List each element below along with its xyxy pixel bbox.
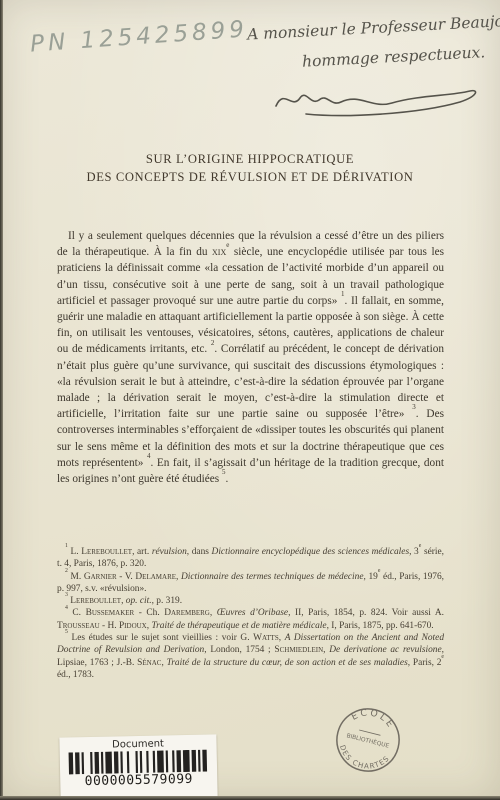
pencil-shelfmark: PN 125425899: [29, 16, 248, 57]
text-run: 1: [341, 290, 345, 298]
text-run: révulsion: [152, 547, 187, 557]
text-run: , II, Paris, 1854, p. 824. Voir aussi A.: [288, 608, 444, 618]
text-run: 2: [211, 339, 215, 347]
body-paragraph: Il y a seulement quelques décennies que …: [57, 228, 444, 487]
text-run: Traité de la structure du cœur, de son a…: [167, 658, 408, 668]
text-run: , I, Paris, 1875, pp. 641-670.: [327, 621, 434, 631]
dedication-line-1: A monsieur le Professeur Beaujouan,: [247, 10, 500, 43]
text-run: C.: [68, 608, 86, 618]
text-run: 2: [65, 568, 68, 574]
barcode-label: Document 0000005579099: [59, 734, 217, 799]
text-run: e: [441, 654, 444, 660]
stamp-center-text: BIBLIOTHÈQUE: [346, 731, 391, 749]
text-run: Dictionnaire encyclopédique des sciences…: [212, 547, 410, 557]
text-run: - H.: [100, 621, 119, 631]
text-run: Les études sur le sujet sont vieillies :…: [68, 633, 253, 643]
text-run: - V.: [117, 572, 136, 582]
text-run: Schmiedlein: [274, 645, 323, 655]
text-run: L.: [68, 547, 81, 557]
text-run: Garnier: [84, 572, 117, 582]
text-run: - Ch.: [134, 608, 164, 618]
article-title-line-2: DES CONCEPTS DE RÉVULSION ET DE DÉRIVATI…: [0, 168, 500, 186]
text-run: Sénac: [137, 658, 161, 668]
footnote-1: 1 L. Lereboullet, art. révulsion, dans D…: [57, 546, 444, 571]
text-run: 5: [222, 468, 226, 476]
footnote-3: 3 Lereboullet, op. cit., p. 319.: [57, 595, 444, 607]
text-run: Delamare: [135, 572, 176, 582]
page-edge-left: [0, 0, 3, 800]
barcode-number: 0000005579099: [60, 771, 217, 789]
text-run: , 3: [409, 547, 419, 557]
text-run: e: [419, 543, 422, 549]
text-run: 5: [65, 629, 68, 635]
text-run: Lereboullet: [70, 596, 121, 606]
text-run: e: [226, 241, 229, 249]
text-run: Dictionnaire des termes techniques de mé…: [181, 572, 364, 582]
text-run: M.: [68, 572, 84, 582]
scanned-page: PN 125425899 A monsieur le Professeur Be…: [0, 0, 500, 800]
footnotes-section: 1 L. Lereboullet, art. révulsion, dans D…: [57, 546, 444, 681]
text-run: op. cit.: [126, 596, 152, 606]
text-run: Pidoux: [119, 621, 147, 631]
text-run: xix: [212, 246, 226, 258]
text-run: éd., 1783.: [57, 670, 94, 680]
text-run: Œuvres d’Oribase: [217, 608, 288, 618]
text-run: Traité de thérapeutique et de matière mé…: [151, 621, 326, 631]
text-run: 3: [412, 403, 416, 411]
text-run: Trousseau: [57, 621, 100, 631]
footnote-4: 4 C. Bussemaker - Ch. Daremberg, Œuvres …: [57, 607, 444, 632]
text-run: 3: [65, 592, 68, 598]
text-run: , art.: [132, 547, 152, 557]
text-run: Lereboullet: [81, 547, 132, 557]
signature: [268, 76, 483, 131]
text-run: , London, 1754 ;: [204, 645, 274, 655]
page-edge-bottom: [0, 796, 500, 800]
text-run: 4: [65, 605, 68, 611]
text-run: , p. 319.: [152, 596, 182, 606]
footnote-2: 2 M. Garnier - V. Delamare, Dictionnaire…: [57, 571, 444, 596]
text-run: , Paris, 2: [408, 658, 442, 668]
text-run: De derivatione ac revulsione: [329, 645, 441, 655]
text-run: 1: [65, 543, 68, 549]
barcode-icon: [65, 749, 211, 774]
text-run: Bussemaker: [86, 608, 135, 618]
dedication-line-2: hommage respectueux.: [302, 43, 486, 71]
text-run: ,: [210, 608, 217, 618]
text-run: Daremberg: [164, 608, 210, 618]
svg-text:ECOLE: ECOLE: [348, 703, 400, 733]
text-run: 4: [147, 452, 151, 460]
text-run: , 19: [363, 572, 377, 582]
footnote-5: 5 Les études sur le sujet sont vieillies…: [57, 632, 444, 681]
stamp-arc-top-text: ECOLE: [348, 703, 400, 733]
article-body: Il y a seulement quelques décennies que …: [57, 228, 444, 487]
article-title: SUR L’ORIGINE HIPPOCRATIQUE DES CONCEPTS…: [0, 150, 500, 186]
article-title-line-1: SUR L’ORIGINE HIPPOCRATIQUE: [0, 150, 500, 168]
library-stamp-icon: ECOLE DES CHARTES BIBLIOTHÈQUE: [326, 698, 410, 782]
text-run: Watts: [253, 633, 279, 643]
text-run: , dans: [187, 547, 212, 557]
